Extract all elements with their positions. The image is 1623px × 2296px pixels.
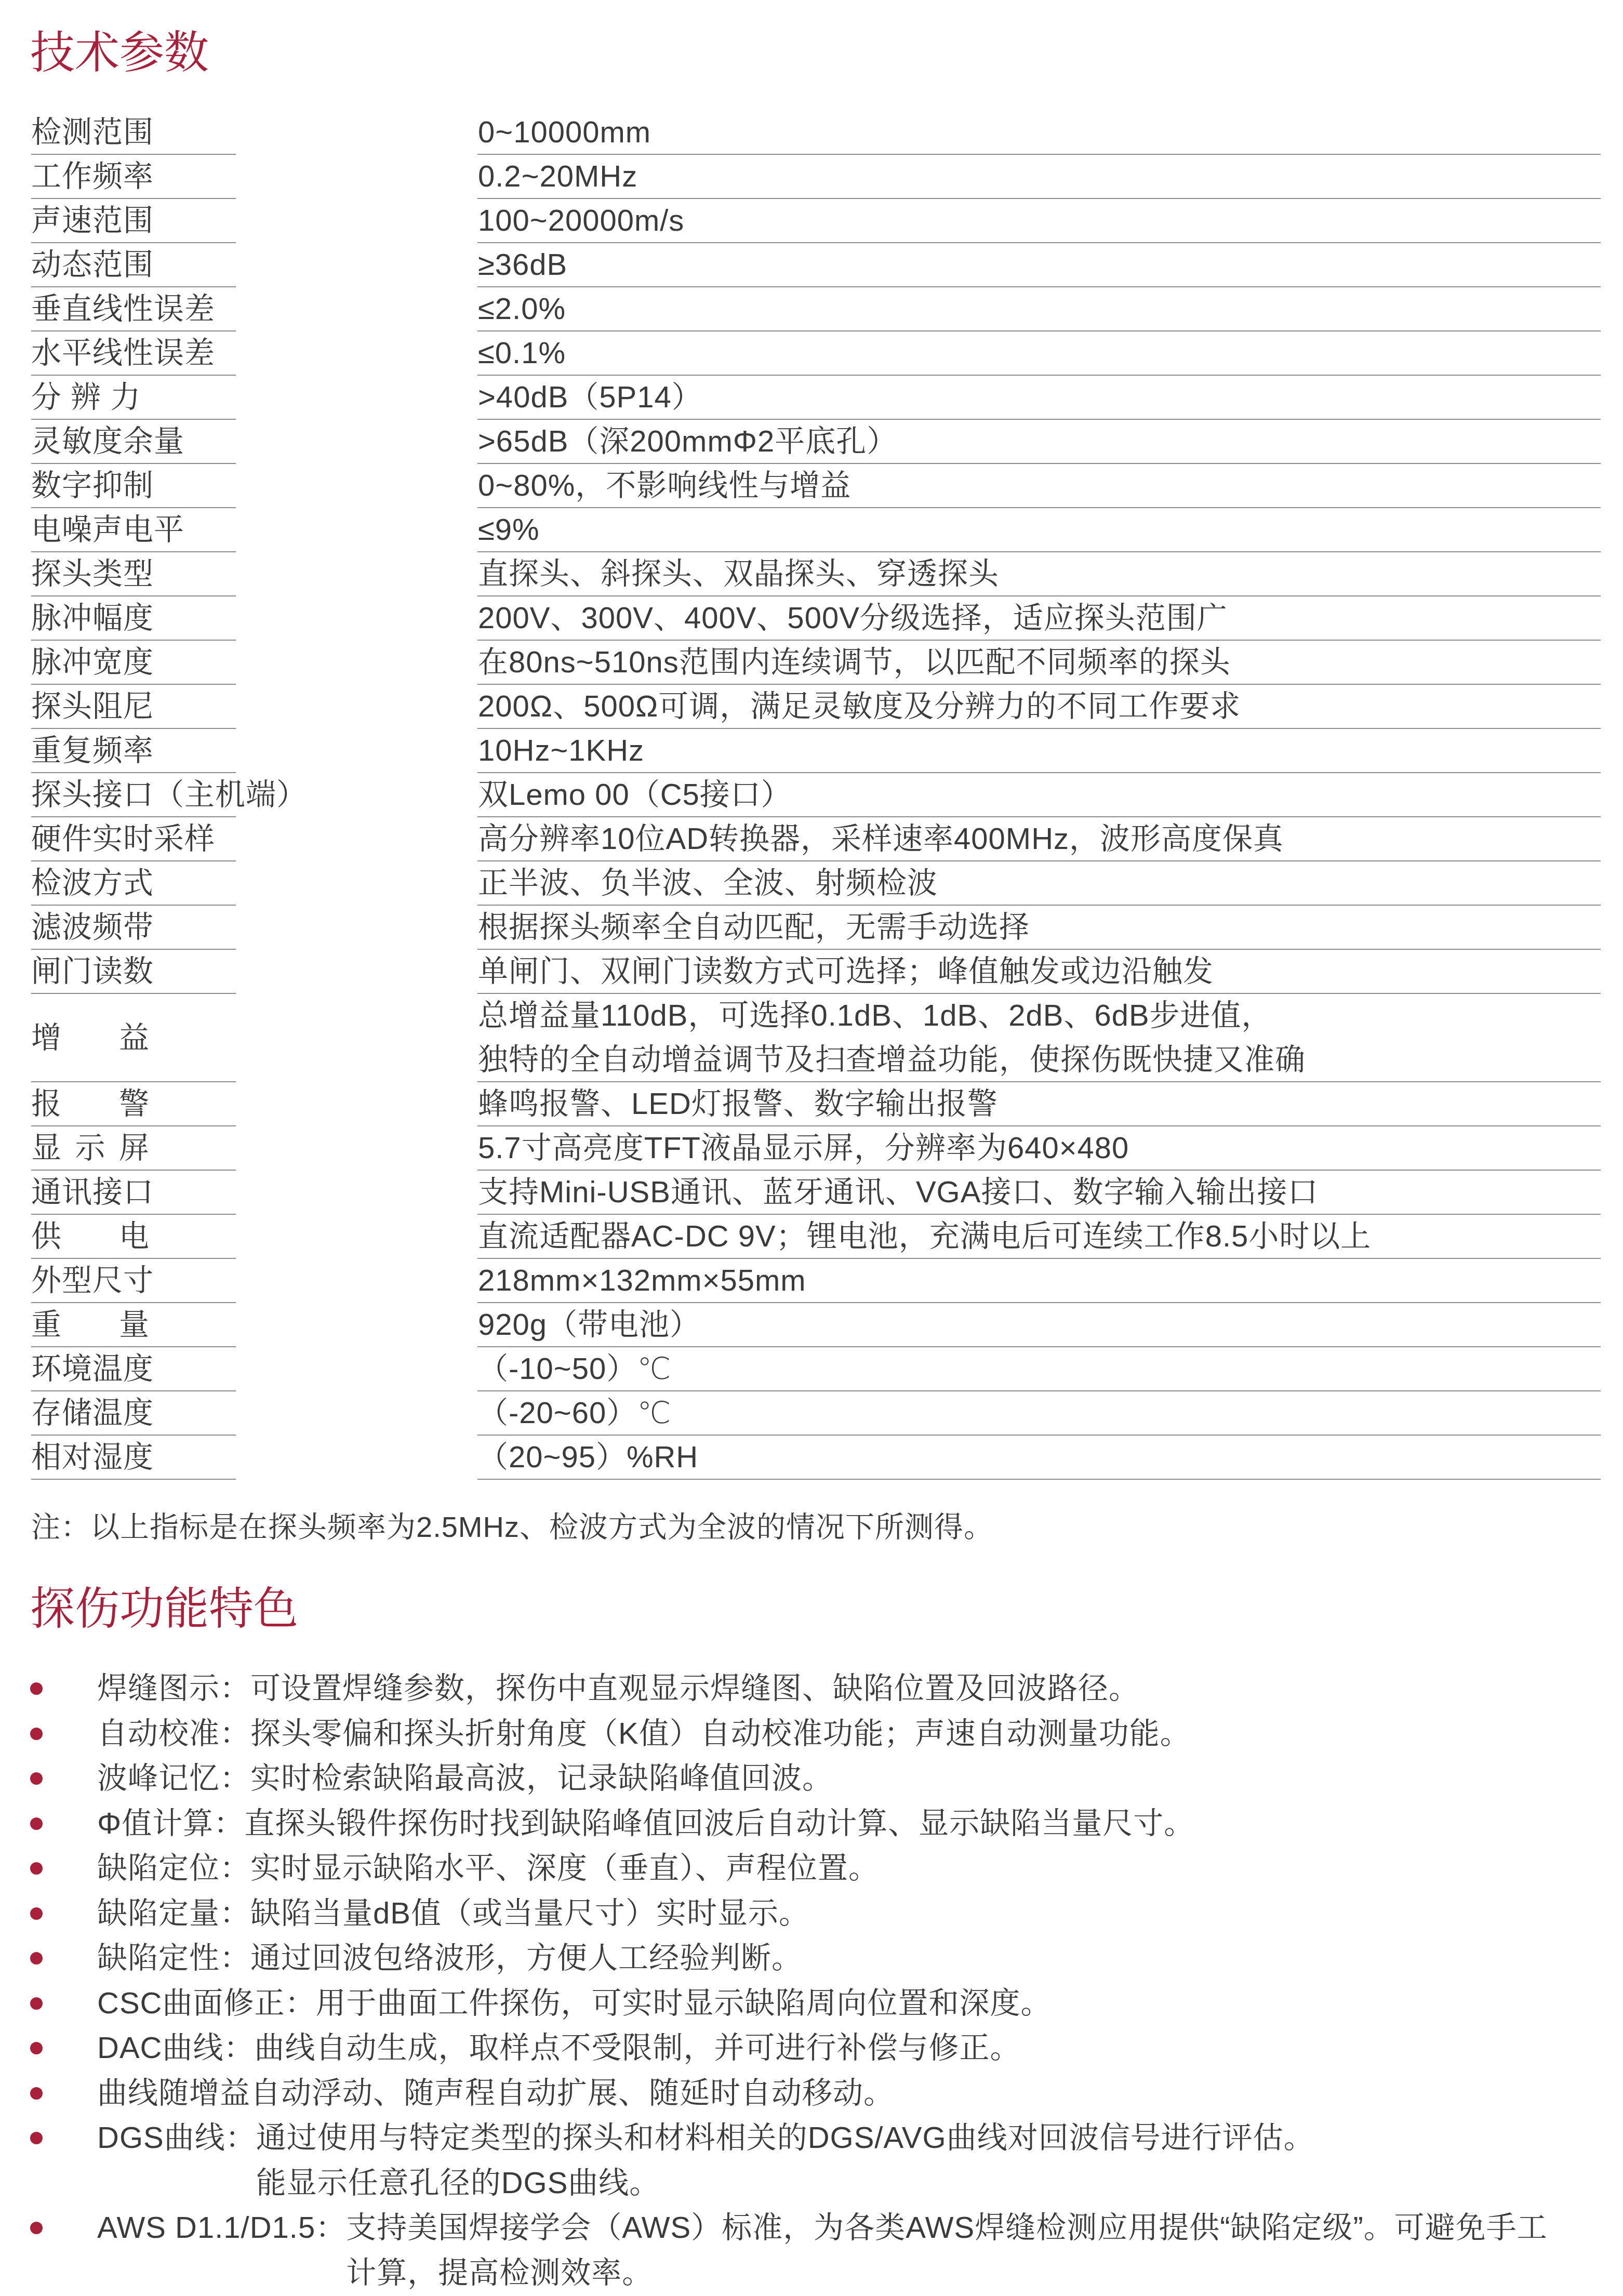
spec-label: 供 电 — [31, 1215, 236, 1259]
feature-line: 通过回波包络波形，方便人工经验判断。 — [250, 1936, 802, 1981]
spec-row: 数字抑制 0~80%，不影响线性与增益 — [0, 464, 1623, 508]
bullet-icon — [30, 2042, 43, 2054]
spec-row: 电噪声电平 ≤9% — [0, 508, 1623, 552]
feature-label: 缺陷定量： — [97, 1891, 250, 1936]
spec-note: 注：以上指标是在探头频率为2.5MHz、检波方式为全波的情况下所测得。 — [31, 1505, 993, 1549]
feature-item: DAC曲线： 曲线自动生成，取样点不受限制，并可进行补偿与修正。 — [0, 2026, 1623, 2071]
spec-label: 检波方式 — [31, 861, 236, 906]
feature-item: 曲线随增益自动浮动、随声程自动扩展、随延时自动移动。 — [0, 2071, 1623, 2116]
spec-row: 脉冲幅度 200V、300V、400V、500V分级选择，适应探头范围广 — [0, 596, 1623, 641]
spec-label: 动态范围 — [31, 243, 236, 287]
spec-value: ≤2.0% — [477, 287, 1601, 331]
feature-item: CSC曲面修正： 用于曲面工件探伤，可实时显示缺陷周向位置和深度。 — [0, 1981, 1623, 2026]
feature-label: DGS曲线： — [97, 2116, 256, 2161]
feature-line: 实时检索缺陷最高波，记录缺陷峰值回波。 — [250, 1756, 833, 1801]
spec-row: 闸门读数 单闸门、双闸门读数方式可选择；峰值触发或边沿触发 — [0, 950, 1623, 994]
spec-label: 通讯接口 — [31, 1171, 236, 1215]
spec-label: 检测范围 — [31, 111, 236, 155]
spec-value: 单闸门、双闸门读数方式可选择；峰值触发或边沿触发 — [477, 950, 1601, 994]
spec-value: 在80ns~510ns范围内连续调节，以匹配不同频率的探头 — [477, 641, 1601, 685]
spec-value: ≤9% — [477, 508, 1601, 552]
spec-label: 增 益 — [31, 994, 236, 1082]
spec-label-text: 报 警 — [31, 1082, 149, 1126]
spec-row: 检波方式 正半波、负半波、全波、射频检波 — [0, 861, 1623, 906]
spec-value: 0.2~20MHz — [477, 155, 1601, 199]
bullet-icon — [30, 2087, 43, 2100]
feature-text: 探头零偏和探头折射角度（K值）自动校准功能；声速自动测量功能。 — [250, 1711, 1191, 1757]
feature-line: 支持美国焊接学会（AWS）标准，为各类AWS焊缝检测应用提供“缺陷定级”。可避免… — [346, 2206, 1548, 2251]
bullet-icon — [30, 1997, 43, 2010]
bullet-icon — [30, 1817, 43, 1830]
spec-row: 探头接口（主机端） 双Lemo 00（C5接口） — [0, 773, 1623, 817]
spec-label-text: 供 电 — [31, 1214, 149, 1258]
spec-value: 正半波、负半波、全波、射频检波 — [477, 861, 1601, 906]
spec-row: 分 辨 力 >40dB（5P14） — [0, 376, 1623, 420]
feature-line: 用于曲面工件探伤，可实时显示缺陷周向位置和深度。 — [315, 1981, 1051, 2026]
spec-label: 探头阻尼 — [31, 685, 236, 729]
spec-label: 工作频率 — [31, 155, 236, 199]
spec-label: 水平线性误差 — [31, 331, 236, 376]
feature-label: DAC曲线： — [97, 2026, 254, 2071]
spec-value: ≤0.1% — [477, 331, 1601, 376]
feature-label: Φ值计算： — [97, 1801, 244, 1847]
spec-row: 水平线性误差 ≤0.1% — [0, 331, 1623, 376]
feature-line: 直探头锻件探伤时找到缺陷峰值回波后自动计算、显示缺陷当量尺寸。 — [244, 1801, 1194, 1847]
feature-item: 波峰记忆： 实时检索缺陷最高波，记录缺陷峰值回波。 — [0, 1756, 1623, 1801]
feature-item: 缺陷定量： 缺陷当量dB值（或当量尺寸）实时显示。 — [0, 1891, 1623, 1936]
spec-row: 声速范围 100~20000m/s — [0, 199, 1623, 243]
feature-item: 缺陷定位： 实时显示缺陷水平、深度（垂直）、声程位置。 — [0, 1846, 1623, 1891]
spec-label: 脉冲宽度 — [31, 641, 236, 685]
feature-label: 缺陷定性： — [97, 1936, 250, 1981]
spec-value: （-20~60）℃ — [477, 1391, 1601, 1436]
spec-row: 工作频率 0.2~20MHz — [0, 155, 1623, 199]
bullet-icon — [30, 1862, 43, 1875]
spec-row: 重复频率 10Hz~1KHz — [0, 729, 1623, 773]
spec-value: （-10~50）℃ — [477, 1347, 1601, 1391]
spec-label: 硬件实时采样 — [31, 817, 236, 861]
feature-text: 实时显示缺陷水平、深度（垂直）、声程位置。 — [250, 1846, 879, 1891]
spec-label: 报 警 — [31, 1082, 236, 1126]
spec-label: 探头类型 — [31, 552, 236, 596]
spec-label-text: 增 益 — [31, 1016, 149, 1060]
feature-label: 缺陷定位： — [97, 1846, 250, 1891]
spec-value: >40dB（5P14） — [477, 376, 1601, 420]
feature-label: CSC曲面修正： — [97, 1981, 315, 2026]
spec-value-line: 独特的全自动增益调节及扫查增益功能，使探伤既快捷又准确 — [478, 1038, 1306, 1082]
feature-item: 焊缝图示： 可设置焊缝参数，探伤中直观显示焊缝图、缺陷位置及回波路径。 — [0, 1666, 1623, 1711]
bullet-icon — [30, 1728, 43, 1740]
spec-row: 显 示 屏 5.7寸高亮度TFT液晶显示屏，分辨率为640×480 — [0, 1126, 1623, 1171]
spec-row: 垂直线性误差 ≤2.0% — [0, 287, 1623, 331]
feature-text: 实时检索缺陷最高波，记录缺陷峰值回波。 — [250, 1756, 833, 1801]
specs-title: 技术参数 — [30, 27, 209, 79]
feature-line: 通过使用与特定类型的探头和材料相关的DGS/AVG曲线对回波信号进行评估。 — [256, 2116, 1314, 2161]
spec-value: 920g（带电池） — [477, 1303, 1601, 1347]
spec-row: 环境温度 （-10~50）℃ — [0, 1347, 1623, 1391]
spec-label: 相对湿度 — [31, 1436, 236, 1480]
spec-label-text: 重 量 — [31, 1303, 149, 1347]
spec-label: 声速范围 — [31, 199, 236, 243]
spec-row: 检测范围 0~10000mm — [0, 111, 1623, 155]
spec-value: （20~95）%RH — [477, 1436, 1601, 1480]
feature-item: AWS D1.1/D1.5： 支持美国焊接学会（AWS）标准，为各类AWS焊缝检… — [0, 2206, 1623, 2295]
feature-item: 缺陷定性： 通过回波包络波形，方便人工经验判断。 — [0, 1936, 1623, 1981]
spec-row: 滤波频带 根据探头频率全自动匹配，无需手动选择 — [0, 906, 1623, 950]
feature-item: DGS曲线： 通过使用与特定类型的探头和材料相关的DGS/AVG曲线对回波信号进… — [0, 2116, 1623, 2206]
spec-value: 根据探头频率全自动匹配，无需手动选择 — [477, 906, 1601, 950]
feature-line: 曲线随增益自动浮动、随声程自动扩展、随延时自动移动。 — [97, 2071, 894, 2116]
spec-label: 脉冲幅度 — [31, 596, 236, 641]
feature-line: 实时显示缺陷水平、深度（垂直）、声程位置。 — [250, 1846, 879, 1891]
spec-row: 外型尺寸 218mm×132mm×55mm — [0, 1259, 1623, 1303]
feature-item: Φ值计算： 直探头锻件探伤时找到缺陷峰值回波后自动计算、显示缺陷当量尺寸。 — [0, 1801, 1623, 1847]
spec-value: 支持Mini-USB通讯、蓝牙通讯、VGA接口、数字输入输出接口 — [477, 1171, 1601, 1215]
spec-row: 硬件实时采样 高分辨率10位AD转换器，采样速率400MHz，波形高度保真 — [0, 817, 1623, 861]
spec-label: 探头接口（主机端） — [31, 773, 236, 817]
spec-row: 通讯接口 支持Mini-USB通讯、蓝牙通讯、VGA接口、数字输入输出接口 — [0, 1171, 1623, 1215]
spec-label: 灵敏度余量 — [31, 420, 236, 464]
spec-value: 直探头、斜探头、双晶探头、穿透探头 — [477, 552, 1601, 596]
spec-row: 探头类型 直探头、斜探头、双晶探头、穿透探头 — [0, 552, 1623, 596]
spec-value: 0~80%，不影响线性与增益 — [477, 464, 1601, 508]
spec-label: 存储温度 — [31, 1391, 236, 1436]
spec-label: 分 辨 力 — [31, 376, 236, 420]
feature-line: 能显示任意孔径的DGS曲线。 — [256, 2161, 1314, 2206]
feature-line: 可设置焊缝参数，探伤中直观显示焊缝图、缺陷位置及回波路径。 — [250, 1666, 1139, 1711]
spec-value: 总增益量110dB，可选择0.1dB、1dB、2dB、6dB步进值， 独特的全自… — [477, 994, 1601, 1082]
spec-label: 滤波频带 — [31, 906, 236, 950]
spec-value: 200Ω、500Ω可调，满足灵敏度及分辨力的不同工作要求 — [477, 685, 1601, 729]
feature-text: 缺陷当量dB值（或当量尺寸）实时显示。 — [250, 1891, 809, 1936]
spec-label: 重复频率 — [31, 729, 236, 773]
spec-label: 数字抑制 — [31, 464, 236, 508]
spec-label: 垂直线性误差 — [31, 287, 236, 331]
spec-value: 双Lemo 00（C5接口） — [477, 773, 1601, 817]
bullet-icon — [30, 2222, 43, 2234]
spec-table: 检测范围 0~10000mm 工作频率 0.2~20MHz 声速范围 100~2… — [0, 111, 1623, 1480]
feature-list: 焊缝图示： 可设置焊缝参数，探伤中直观显示焊缝图、缺陷位置及回波路径。 自动校准… — [0, 1666, 1623, 2295]
spec-value: 10Hz~1KHz — [477, 729, 1601, 773]
feature-text: 通过使用与特定类型的探头和材料相关的DGS/AVG曲线对回波信号进行评估。 能显… — [256, 2116, 1314, 2206]
spec-row: 重 量 920g（带电池） — [0, 1303, 1623, 1347]
spec-label: 环境温度 — [31, 1347, 236, 1391]
spec-value-line: 总增益量110dB，可选择0.1dB、1dB、2dB、6dB步进值， — [478, 993, 1272, 1038]
spec-value: ≥36dB — [477, 243, 1601, 287]
spec-row: 相对湿度 （20~95）%RH — [0, 1436, 1623, 1480]
bullet-icon — [30, 2132, 43, 2144]
spec-row: 动态范围 ≥36dB — [0, 243, 1623, 287]
spec-row: 探头阻尼 200Ω、500Ω可调，满足灵敏度及分辨力的不同工作要求 — [0, 685, 1623, 729]
spec-label: 外型尺寸 — [31, 1259, 236, 1303]
features-title: 探伤功能特色 — [30, 1583, 298, 1635]
spec-label: 电噪声电平 — [31, 508, 236, 552]
feature-label: 焊缝图示： — [97, 1666, 250, 1711]
spec-row-gain: 增 益 总增益量110dB，可选择0.1dB、1dB、2dB、6dB步进值， 独… — [0, 994, 1623, 1082]
feature-text: 可设置焊缝参数，探伤中直观显示焊缝图、缺陷位置及回波路径。 — [250, 1666, 1139, 1711]
feature-line: 计算，提高检测效率。 — [346, 2251, 1548, 2296]
spec-value: 200V、300V、400V、500V分级选择，适应探头范围广 — [477, 596, 1601, 641]
feature-text: 曲线自动生成，取样点不受限制，并可进行补偿与修正。 — [254, 2026, 1020, 2071]
spec-value: 直流适配器AC-DC 9V；锂电池，充满电后可连续工作8.5小时以上 — [477, 1215, 1601, 1259]
spec-value: 100~20000m/s — [477, 199, 1601, 243]
spec-label: 重 量 — [31, 1303, 236, 1347]
bullet-icon — [30, 1907, 43, 1920]
feature-label: 自动校准： — [97, 1711, 250, 1757]
bullet-icon — [30, 1772, 43, 1785]
spec-value: 5.7寸高亮度TFT液晶显示屏，分辨率为640×480 — [477, 1126, 1601, 1171]
spec-label-text: 显 示 屏 — [31, 1126, 149, 1170]
spec-row: 灵敏度余量 >65dB（深200mmΦ2平底孔） — [0, 420, 1623, 464]
feature-line: 曲线自动生成，取样点不受限制，并可进行补偿与修正。 — [254, 2026, 1020, 2071]
spec-value: 高分辨率10位AD转换器，采样速率400MHz，波形高度保真 — [477, 817, 1601, 861]
bullet-icon — [30, 1682, 43, 1695]
feature-text: 曲线随增益自动浮动、随声程自动扩展、随延时自动移动。 — [97, 2071, 894, 2116]
spec-row: 脉冲宽度 在80ns~510ns范围内连续调节，以匹配不同频率的探头 — [0, 641, 1623, 685]
spec-row: 供 电 直流适配器AC-DC 9V；锂电池，充满电后可连续工作8.5小时以上 — [0, 1215, 1623, 1259]
feature-line: 探头零偏和探头折射角度（K值）自动校准功能；声速自动测量功能。 — [250, 1711, 1191, 1757]
feature-line: 缺陷当量dB值（或当量尺寸）实时显示。 — [250, 1891, 809, 1936]
spec-value: 蜂鸣报警、LED灯报警、数字输出报警 — [477, 1082, 1601, 1126]
feature-label: AWS D1.1/D1.5： — [97, 2206, 346, 2251]
feature-item: 自动校准： 探头零偏和探头折射角度（K值）自动校准功能；声速自动测量功能。 — [0, 1711, 1623, 1757]
feature-text: 直探头锻件探伤时找到缺陷峰值回波后自动计算、显示缺陷当量尺寸。 — [244, 1801, 1194, 1847]
spec-row: 存储温度 （-20~60）℃ — [0, 1391, 1623, 1436]
spec-row: 报 警 蜂鸣报警、LED灯报警、数字输出报警 — [0, 1082, 1623, 1126]
feature-label: 波峰记忆： — [97, 1756, 250, 1801]
feature-text: 支持美国焊接学会（AWS）标准，为各类AWS焊缝检测应用提供“缺陷定级”。可避免… — [346, 2206, 1548, 2295]
spec-label: 闸门读数 — [31, 950, 236, 994]
feature-text: 用于曲面工件探伤，可实时显示缺陷周向位置和深度。 — [315, 1981, 1051, 2026]
spec-value: 0~10000mm — [477, 111, 1601, 155]
spec-value: >65dB（深200mmΦ2平底孔） — [477, 420, 1601, 464]
bullet-icon — [30, 1952, 43, 1965]
spec-value: 218mm×132mm×55mm — [477, 1259, 1601, 1303]
spec-label: 显 示 屏 — [31, 1126, 236, 1171]
feature-text: 通过回波包络波形，方便人工经验判断。 — [250, 1936, 802, 1981]
